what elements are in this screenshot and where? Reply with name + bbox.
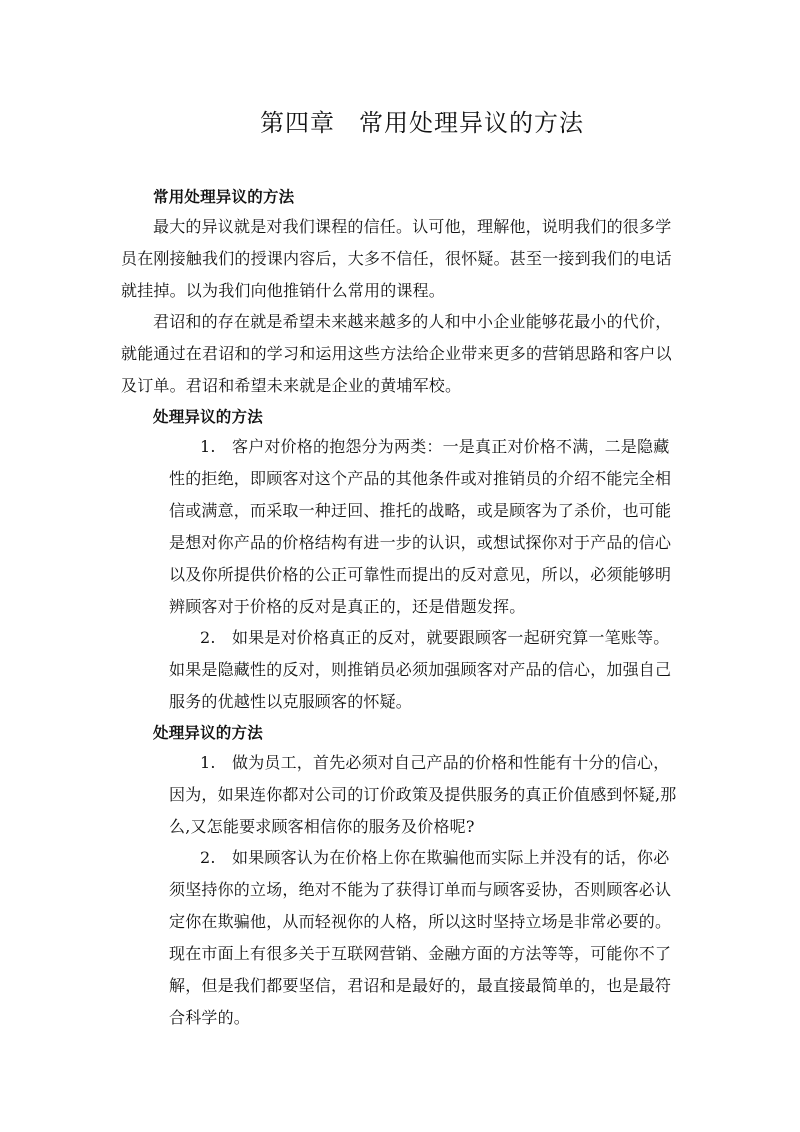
list-line: 辨顾客对于价格的反对是真正的，还是借题发挥。	[169, 597, 525, 617]
list-line: 如果是对价格真正的反对，就要跟顾客一起研究算一笔账等。	[232, 628, 669, 647]
section-heading: 处理异议的方法	[153, 723, 263, 743]
chapter-title: 第四章常用处理异议的方法	[0, 103, 800, 138]
list-item-first-line: 1.客户对价格的抱怨分为两类：一是真正对价格不满，二是隐藏	[200, 437, 669, 457]
paragraph-line: 君诏和的存在就是希望未来越来越多的人和中小企业能够花最小的代价，	[153, 312, 671, 332]
list-line: 信或满意，而采取一种迂回、推托的战略，或是顾客为了杀价，也可能	[169, 501, 671, 521]
list-item-first-line: 1.做为员工，首先必须对自己产品的价格和性能有十分的信心，	[200, 753, 669, 773]
list-item-first-line: 2.如果顾客认为在价格上你在欺骗他而实际上并没有的话，你必	[200, 848, 669, 868]
list-line: 合科学的。	[169, 1008, 250, 1028]
section-heading: 常用处理异议的方法	[153, 187, 294, 207]
list-item-first-line: 2.如果是对价格真正的反对，就要跟顾客一起研究算一笔账等。	[200, 628, 669, 648]
list-line: 性的拒绝，即顾客对这个产品的其他条件或对推销员的介绍不能完全相	[169, 469, 671, 489]
section-heading: 处理异议的方法	[153, 407, 263, 427]
list-line: 客户对价格的抱怨分为两类：一是真正对价格不满，二是隐藏	[232, 437, 669, 456]
list-line: 么,又怎能要求顾客相信你的服务及价格呢?	[169, 817, 475, 837]
list-line: 如果顾客认为在价格上你在欺骗他而实际上并没有的话，你必	[232, 848, 669, 867]
chapter-number: 第四章	[260, 109, 335, 137]
list-line: 因为，如果连你都对公司的订价政策及提供服务的真正价值感到怀疑,那	[169, 785, 677, 805]
paragraph-line: 就能通过在君诏和的学习和运用这些方法给企业带来更多的营销思路和客户以	[121, 344, 672, 364]
list-line: 如果是隐藏性的反对，则推销员必须加强顾客对产品的信心，加强自己	[169, 660, 671, 680]
list-number: 1.	[200, 753, 232, 773]
list-line: 定你在欺骗他，从而轻视你的人格，所以这时坚持立场是非常必要的。	[169, 912, 671, 932]
chapter-title-text: 常用处理异议的方法	[359, 109, 584, 137]
list-number: 1.	[200, 437, 232, 457]
paragraph-line: 及订单。君诏和希望未来就是企业的黄埔军校。	[121, 376, 461, 396]
document-page: 第四章常用处理异议的方法 常用处理异议的方法 最大的异议就是对我们课程的信任。认…	[0, 0, 800, 1132]
list-line: 须坚持你的立场，绝对不能为了获得订单而与顾客妥协，否则顾客必认	[169, 880, 671, 900]
paragraph-line: 就挂掉。以为我们向他推销什么常用的课程。	[121, 281, 445, 301]
list-line: 解，但是我们都要坚信，君诏和是最好的，最直接最简单的，也是最符	[169, 976, 671, 996]
paragraph-line: 最大的异议就是对我们课程的信任。认可他，理解他，说明我们的很多学	[153, 217, 671, 237]
paragraph-line: 员在刚接触我们的授课内容后，大多不信任，很怀疑。甚至一接到我们的电话	[121, 249, 672, 269]
list-line: 是想对你产品的价格结构有进一步的认识，或想试探你对于产品的信心	[169, 533, 671, 553]
list-line: 做为员工，首先必须对自己产品的价格和性能有十分的信心，	[232, 753, 669, 772]
list-line: 现在市面上有很多关于互联网营销、金融方面的方法等等，可能你不了	[169, 944, 671, 964]
list-number: 2.	[200, 848, 232, 868]
list-line: 服务的优越性以克服顾客的怀疑。	[169, 692, 412, 712]
list-number: 2.	[200, 628, 232, 648]
list-line: 以及你所提供价格的公正可靠性而提出的反对意见，所以，必须能够明	[169, 565, 671, 585]
